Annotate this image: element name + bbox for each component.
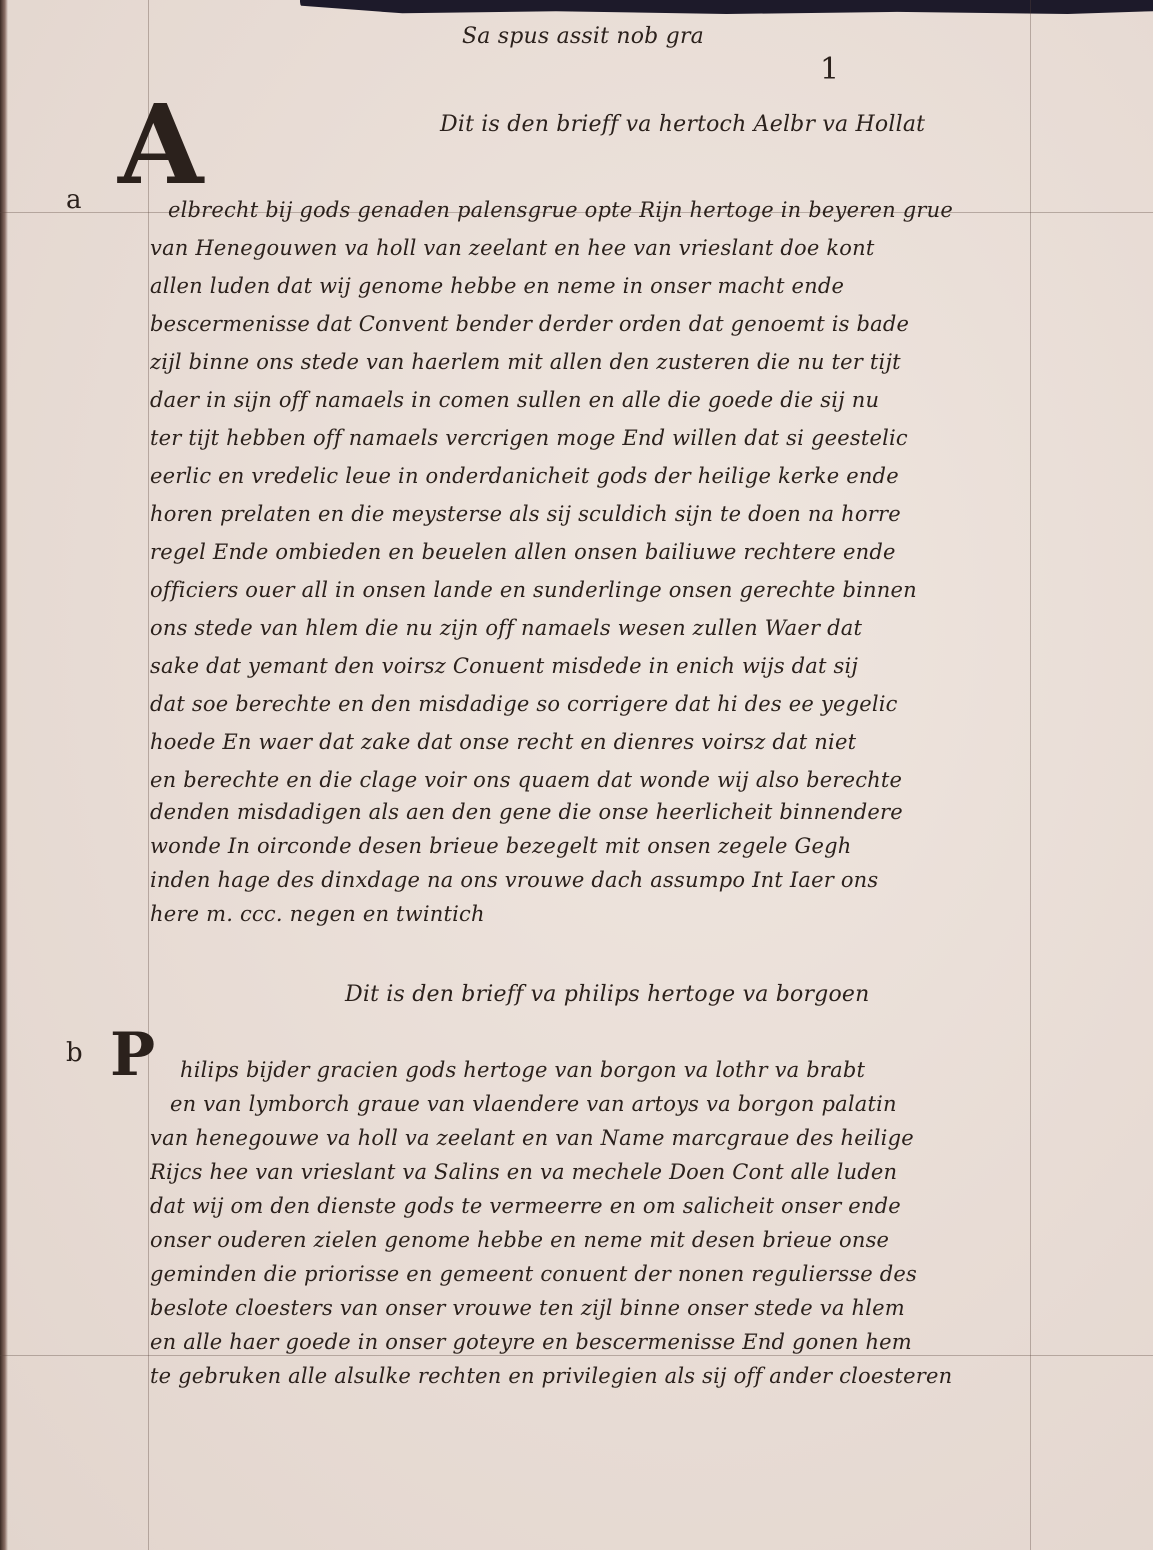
section-a-line: ter tijt hebben off namaels vercrigen mo… bbox=[150, 426, 1030, 450]
section-a-line: horen prelaten en die meysterse als sij … bbox=[150, 502, 1030, 526]
decorated-initial-p: P bbox=[110, 1025, 155, 1085]
section-b-line: en alle haer goede in onser goteyre en b… bbox=[150, 1330, 1030, 1354]
section-a-line: daer in sijn off namaels in comen sullen… bbox=[150, 388, 1030, 412]
ruling-line-bottom bbox=[0, 1355, 1153, 1356]
section-a-line: eerlic en vredelic leue in onderdanichei… bbox=[150, 464, 1030, 488]
section-a-line: ons stede van hlem die nu zijn off namae… bbox=[150, 616, 1030, 640]
section-a-line: zijl binne ons stede van haerlem mit all… bbox=[150, 350, 1030, 374]
folio-number: 1 bbox=[820, 52, 839, 87]
section-a-line: elbrecht bij gods genaden palensgrue opt… bbox=[168, 198, 1048, 222]
margin-rule-left bbox=[148, 0, 149, 1550]
section-a-margin-letter: a bbox=[66, 185, 82, 215]
section-b-line: hilips bijder gracien gods hertoge van b… bbox=[180, 1058, 1060, 1082]
section-a-line: hoede En waer dat zake dat onse recht en… bbox=[150, 730, 1030, 754]
section-a-line: denden misdadigen als aen den gene die o… bbox=[150, 800, 1030, 824]
section-b-line: dat wij om den dienste gods te vermeerre… bbox=[150, 1194, 1030, 1218]
section-b-line: Rijcs hee van vrieslant va Salins en va … bbox=[150, 1160, 1030, 1184]
section-a-line: wonde In oirconde desen brieue bezegelt … bbox=[150, 834, 1030, 858]
invocation-line: Sa spus assit nob gra bbox=[462, 24, 704, 49]
section-a-heading: Dit is den brieff va hertoch Aelbr va Ho… bbox=[440, 112, 925, 137]
section-b-line: en van lymborch graue van vlaendere van … bbox=[170, 1092, 1050, 1116]
section-b-line: onser ouderen zielen genome hebbe en nem… bbox=[150, 1228, 1030, 1252]
section-b-line: beslote cloesters van onser vrouwe ten z… bbox=[150, 1296, 1030, 1320]
decorated-initial-a: A bbox=[118, 90, 203, 200]
section-b-heading: Dit is den brieff va philips hertoge va … bbox=[345, 982, 869, 1007]
section-b-line: van henegouwe va holl va zeelant en van … bbox=[150, 1126, 1030, 1150]
section-a-line: here m. ccc. negen en twintich bbox=[150, 902, 1030, 926]
section-a-line: sake dat yemant den voirsz Conuent misde… bbox=[150, 654, 1030, 678]
margin-rule-right bbox=[1030, 0, 1031, 1550]
section-b-line: te gebruken alle alsulke rechten en priv… bbox=[150, 1364, 1030, 1388]
section-a-line: en berechte en die clage voir ons quaem … bbox=[150, 768, 1030, 792]
section-a-line: regel Ende ombieden en beuelen allen ons… bbox=[150, 540, 1030, 564]
section-a-line: van Henegouwen va holl van zeelant en he… bbox=[150, 236, 1030, 260]
section-b-line: geminden die priorisse en gemeent conuen… bbox=[150, 1262, 1030, 1286]
section-a-line: officiers ouer all in onsen lande en sun… bbox=[150, 578, 1030, 602]
binding-edge bbox=[300, 0, 1153, 14]
gutter-edge bbox=[0, 0, 8, 1550]
section-a-line: allen luden dat wij genome hebbe en neme… bbox=[150, 274, 1030, 298]
section-b-margin-letter: b bbox=[66, 1038, 83, 1068]
section-a-line: bescermenisse dat Convent bender derder … bbox=[150, 312, 1030, 336]
section-a-line: dat soe berechte en den misdadige so cor… bbox=[150, 692, 1030, 716]
manuscript-page: Sa spus assit nob gra 1 Dit is den brief… bbox=[0, 0, 1153, 1550]
section-a-line: inden hage des dinxdage na ons vrouwe da… bbox=[150, 868, 1030, 892]
